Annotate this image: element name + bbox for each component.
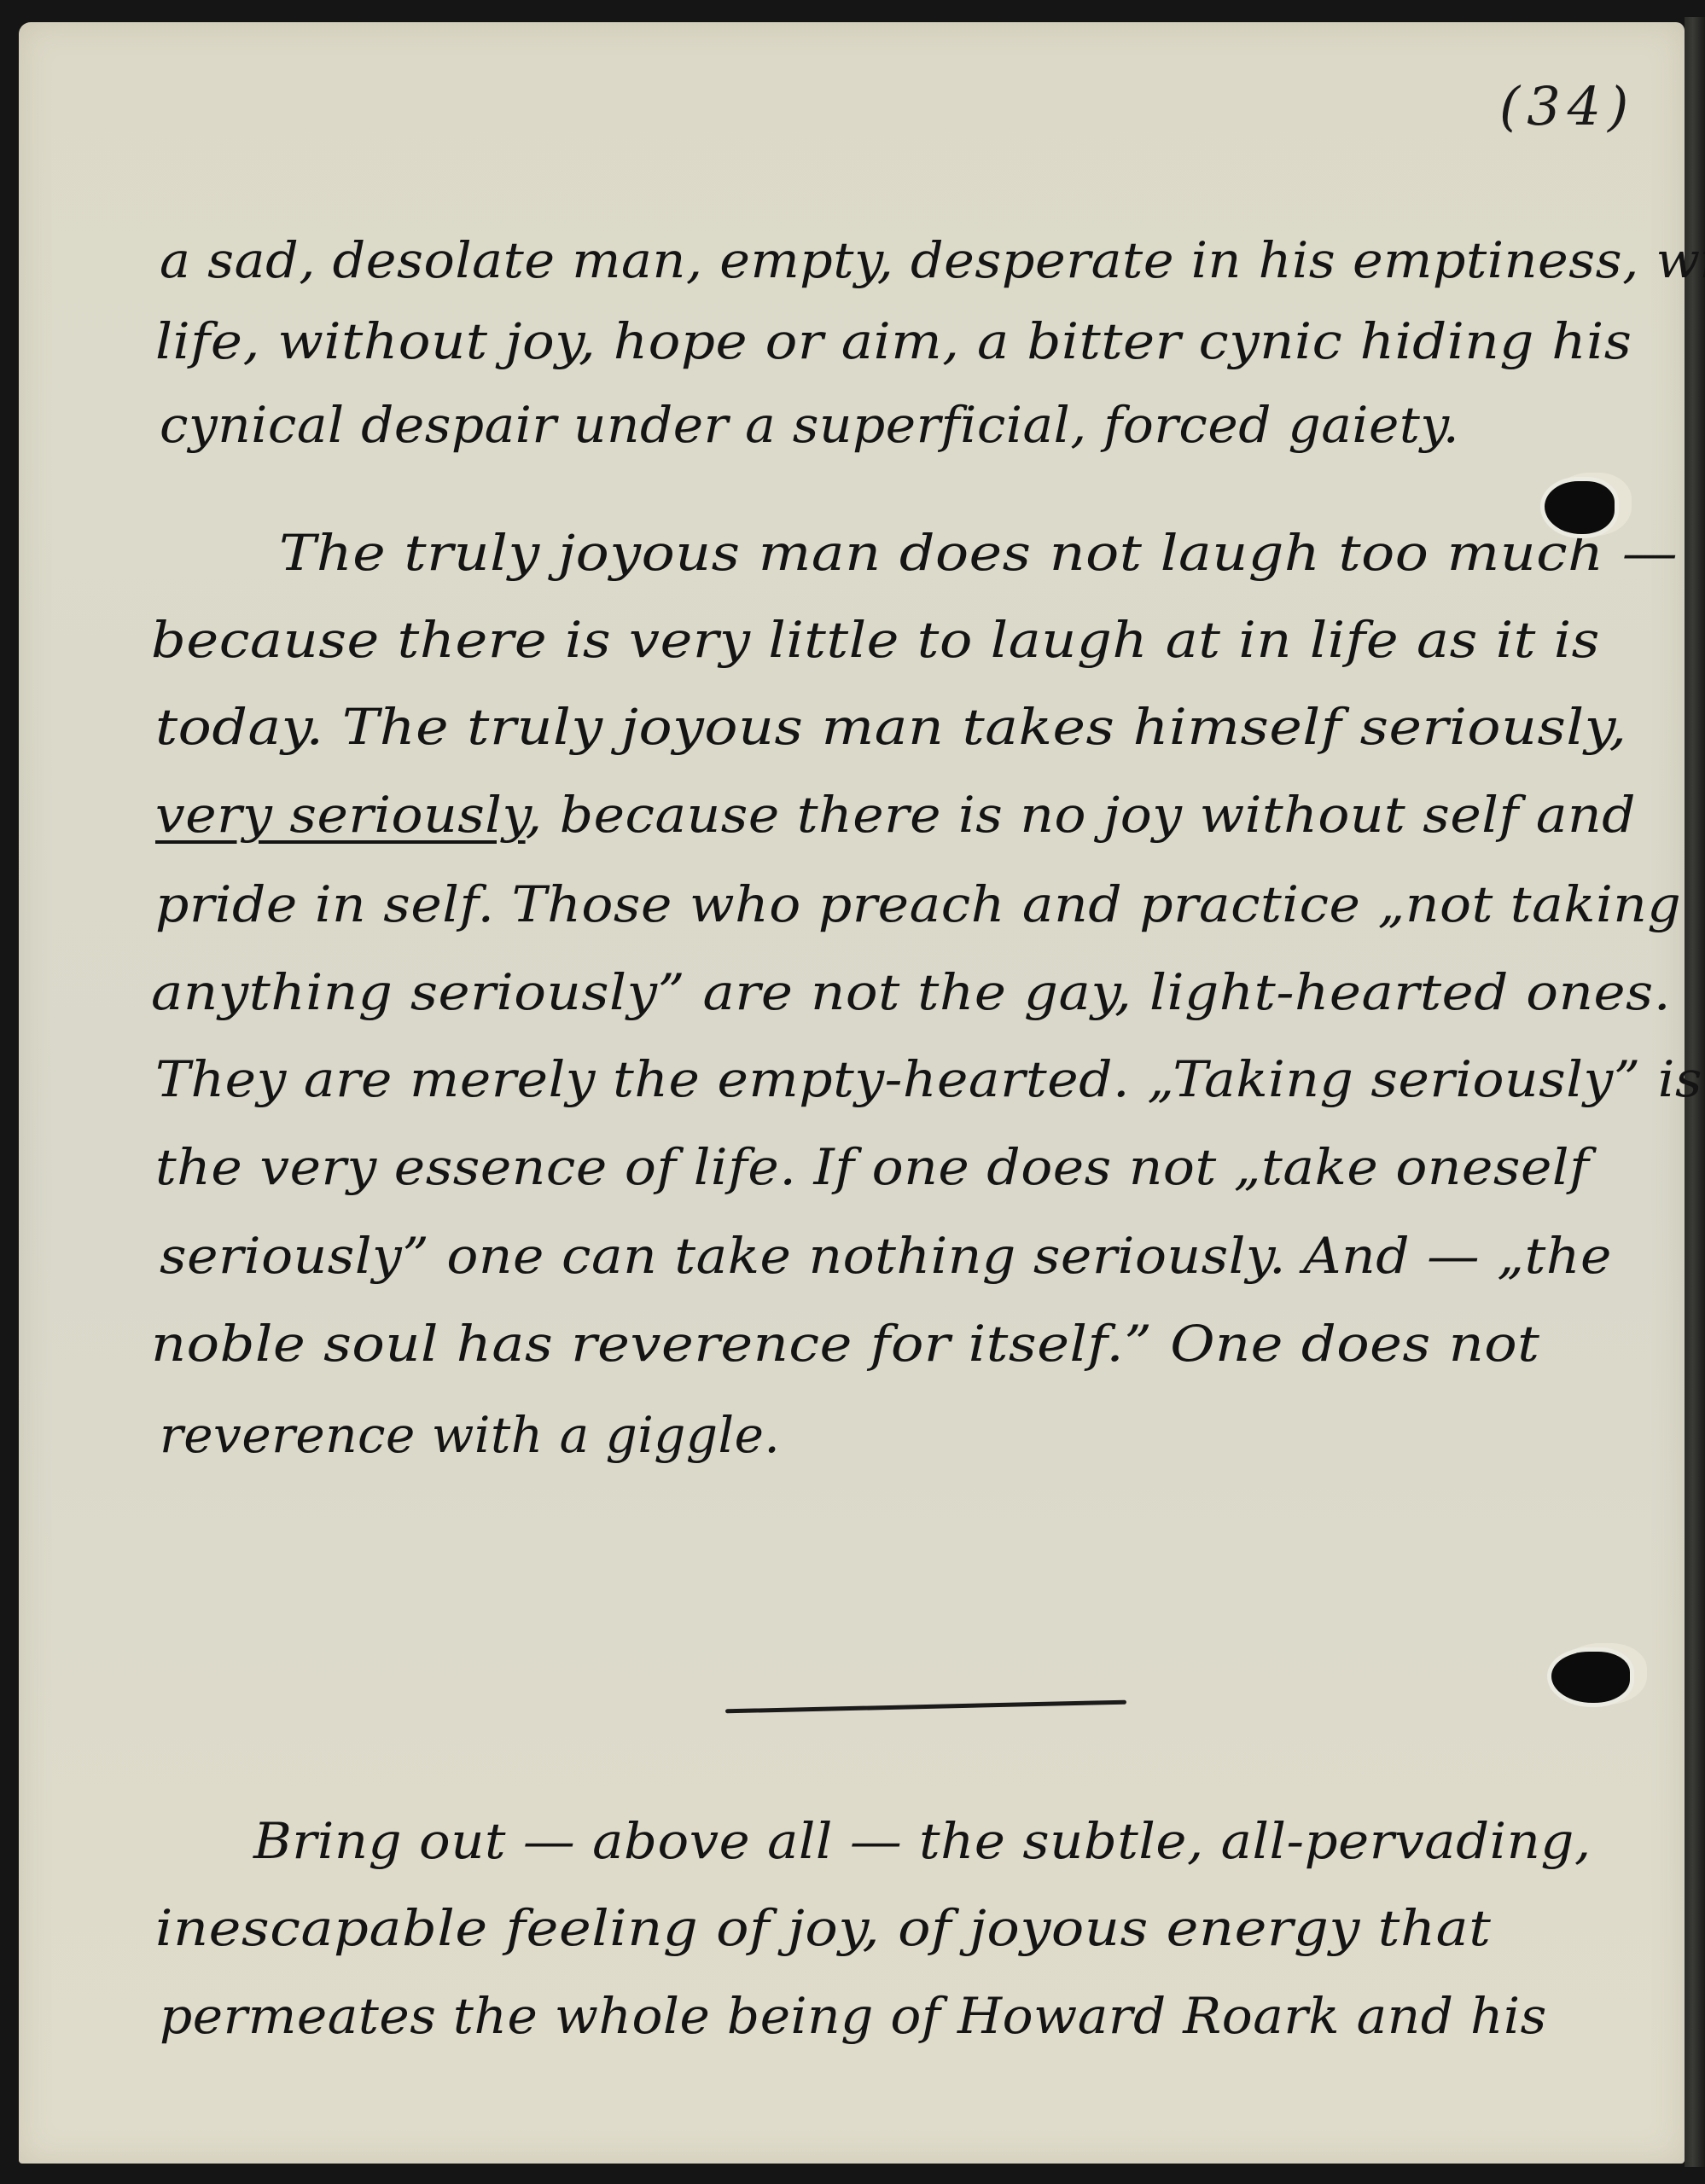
text-line: reverence with a giggle. [160,1406,780,1464]
text-line: They are merely the empty-hearted. „Taki… [155,1050,1702,1108]
text-line: Bring out — above all — the subtle, all-… [253,1812,1592,1870]
page-number: (34) [1499,75,1635,137]
manuscript-page: (34) a sad, desolate man, empty, despera… [19,22,1685,2164]
text-line: seriously” one can take nothing seriousl… [160,1227,1612,1285]
text-line: anything seriously” are not the gay, lig… [151,963,1671,1021]
text-line: The truly joyous man does not laugh too … [279,524,1678,582]
text-line: today. The truly joyous man takes himsel… [155,698,1627,756]
text-line-with-underline: very seriously, because there is no joy … [155,786,1636,844]
text-line: life, without joy, hope or aim, a bitter… [155,312,1632,370]
text-line: because there is very little to laugh at… [151,611,1600,669]
text-line: pride in self. Those who preach and prac… [155,875,1681,933]
text-line: permeates the whole being of Howard Roar… [160,1987,1547,2045]
section-divider [725,1700,1126,1714]
punch-hole-icon [1545,481,1615,534]
underlined-emphasis: very seriously [155,786,526,844]
text-line: inescapable feeling of joy, of joyous en… [155,1899,1491,1957]
text-line: the very essence of life. If one does no… [155,1138,1589,1196]
text-line: noble soul has reverence for itself.” On… [151,1315,1539,1373]
text-line: cynical despair under a superficial, for… [160,396,1459,454]
text-line: a sad, desolate man, empty, desperate in… [160,231,1705,289]
punch-hole-icon [1551,1652,1630,1703]
